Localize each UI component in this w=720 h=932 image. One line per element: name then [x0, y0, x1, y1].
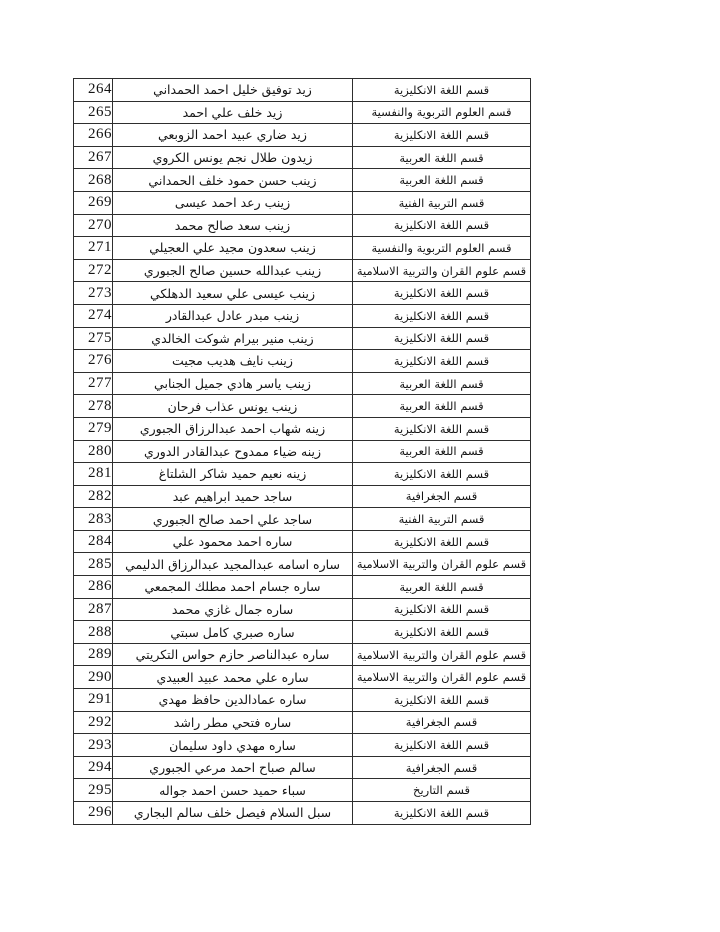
row-number-cell: 269: [74, 191, 113, 214]
student-name-cell: سباء حميد حسن احمد جواله: [113, 779, 353, 802]
student-name-cell: ساره علي محمد عبيد العبيدي: [113, 666, 353, 689]
table-row: 291 ساره عمادالدين حافظ مهدي قسم اللغة ا…: [74, 689, 531, 712]
department-cell: قسم علوم القران والتربية الاسلامية: [353, 553, 531, 576]
department-cell: قسم اللغة العربية: [353, 395, 531, 418]
row-number-cell: 294: [74, 756, 113, 779]
table-row: 269 زينب رعد احمد عيسى قسم التربية الفني…: [74, 191, 531, 214]
table-row: 287 ساره جمال غازي محمد قسم اللغة الانكل…: [74, 598, 531, 621]
student-name-cell: زينب عيسى علي سعيد الدهلكي: [113, 282, 353, 305]
student-name-cell: زينب سعد صالح محمد: [113, 214, 353, 237]
row-number-cell: 268: [74, 169, 113, 192]
row-number-cell: 287: [74, 598, 113, 621]
table-row: 267 زيدون طلال نجم يونس الكروي قسم اللغة…: [74, 146, 531, 169]
row-number-cell: 296: [74, 802, 113, 825]
roster-table-body: 264 زيد توفيق خليل احمد الحمداني قسم الل…: [74, 79, 531, 825]
table-row: 276 زينب نايف هديب مجيت قسم اللغة الانكل…: [74, 350, 531, 373]
department-cell: قسم اللغة الانكليزية: [353, 802, 531, 825]
row-number-cell: 272: [74, 259, 113, 282]
department-cell: قسم اللغة الانكليزية: [353, 327, 531, 350]
student-name-cell: زينب منير بيرام شوكت الخالدي: [113, 327, 353, 350]
row-number-cell: 276: [74, 350, 113, 373]
student-name-cell: زينب مبدر عادل عبدالقادر: [113, 304, 353, 327]
table-row: 273 زينب عيسى علي سعيد الدهلكي قسم اللغة…: [74, 282, 531, 305]
student-name-cell: زينب نايف هديب مجيت: [113, 350, 353, 373]
student-roster-table: 264 زيد توفيق خليل احمد الحمداني قسم الل…: [73, 78, 531, 825]
row-number-cell: 265: [74, 101, 113, 124]
student-name-cell: ساجد علي احمد صالح الجبوري: [113, 508, 353, 531]
table-row: 294 سالم صباح احمد مرعي الجبوري قسم الجغ…: [74, 756, 531, 779]
row-number-cell: 266: [74, 124, 113, 147]
student-name-cell: زيد خلف علي احمد: [113, 101, 353, 124]
table-row: 293 ساره مهدي داود سليمان قسم اللغة الان…: [74, 734, 531, 757]
table-row: 282 ساجد حميد ابراهيم عبد قسم الجغرافية: [74, 485, 531, 508]
table-row: 288 ساره صبري كامل سبتي قسم اللغة الانكل…: [74, 621, 531, 644]
table-row: 266 زيد ضاري عبيد احمد الزوبعي قسم اللغة…: [74, 124, 531, 147]
student-name-cell: ساره عمادالدين حافظ مهدي: [113, 689, 353, 712]
department-cell: قسم التربية الفنية: [353, 191, 531, 214]
row-number-cell: 267: [74, 146, 113, 169]
table-row: 292 ساره فتحي مطر راشد قسم الجغرافية: [74, 711, 531, 734]
table-row: 278 زينب يونس عذاب فرحان قسم اللغة العرب…: [74, 395, 531, 418]
department-cell: قسم اللغة العربية: [353, 576, 531, 599]
department-cell: قسم التربية الفنية: [353, 508, 531, 531]
student-name-cell: ساره مهدي داود سليمان: [113, 734, 353, 757]
student-name-cell: زينب يونس عذاب فرحان: [113, 395, 353, 418]
student-name-cell: ساره صبري كامل سبتي: [113, 621, 353, 644]
department-cell: قسم الجغرافية: [353, 485, 531, 508]
row-number-cell: 275: [74, 327, 113, 350]
department-cell: قسم اللغة الانكليزية: [353, 79, 531, 102]
row-number-cell: 295: [74, 779, 113, 802]
department-cell: قسم اللغة العربية: [353, 372, 531, 395]
table-row: 264 زيد توفيق خليل احمد الحمداني قسم الل…: [74, 79, 531, 102]
row-number-cell: 264: [74, 79, 113, 102]
student-name-cell: زينه ضياء ممدوح عبدالقادر الدوري: [113, 440, 353, 463]
table-row: 274 زينب مبدر عادل عبدالقادر قسم اللغة ا…: [74, 304, 531, 327]
department-cell: قسم الجغرافية: [353, 756, 531, 779]
table-row: 268 زينب حسن حمود خلف الحمداني قسم اللغة…: [74, 169, 531, 192]
department-cell: قسم اللغة الانكليزية: [353, 530, 531, 553]
student-name-cell: ساره اسامه عبدالمجيد عبدالرزاق الدليمي: [113, 553, 353, 576]
row-number-cell: 292: [74, 711, 113, 734]
row-number-cell: 279: [74, 417, 113, 440]
table-row: 270 زينب سعد صالح محمد قسم اللغة الانكلي…: [74, 214, 531, 237]
department-cell: قسم العلوم التربوية والنفسية: [353, 237, 531, 260]
row-number-cell: 282: [74, 485, 113, 508]
row-number-cell: 293: [74, 734, 113, 757]
department-cell: قسم اللغة الانكليزية: [353, 214, 531, 237]
department-cell: قسم اللغة الانكليزية: [353, 304, 531, 327]
department-cell: قسم اللغة الانكليزية: [353, 463, 531, 486]
student-name-cell: زينه شهاب احمد عبدالرزاق الجبوري: [113, 417, 353, 440]
table-row: 271 زينب سعدون مجيد علي العجيلي قسم العل…: [74, 237, 531, 260]
table-row: 296 سبل السلام فيصل خلف سالم البجاري قسم…: [74, 802, 531, 825]
row-number-cell: 270: [74, 214, 113, 237]
table-row: 295 سباء حميد حسن احمد جواله قسم التاريخ: [74, 779, 531, 802]
table-row: 286 ساره جسام احمد مطلك المجمعي قسم اللغ…: [74, 576, 531, 599]
row-number-cell: 278: [74, 395, 113, 418]
row-number-cell: 284: [74, 530, 113, 553]
row-number-cell: 289: [74, 643, 113, 666]
student-name-cell: زينب حسن حمود خلف الحمداني: [113, 169, 353, 192]
table-row: 279 زينه شهاب احمد عبدالرزاق الجبوري قسم…: [74, 417, 531, 440]
student-name-cell: ساره احمد محمود علي: [113, 530, 353, 553]
department-cell: قسم اللغة الانكليزية: [353, 598, 531, 621]
row-number-cell: 288: [74, 621, 113, 644]
row-number-cell: 277: [74, 372, 113, 395]
student-name-cell: زينه نعيم حميد شاكر الشلتاغ: [113, 463, 353, 486]
row-number-cell: 285: [74, 553, 113, 576]
department-cell: قسم اللغة الانكليزية: [353, 282, 531, 305]
student-name-cell: سالم صباح احمد مرعي الجبوري: [113, 756, 353, 779]
table-row: 281 زينه نعيم حميد شاكر الشلتاغ قسم اللغ…: [74, 463, 531, 486]
department-cell: قسم اللغة الانكليزية: [353, 734, 531, 757]
department-cell: قسم علوم القران والتربية الاسلامية: [353, 643, 531, 666]
department-cell: قسم اللغة العربية: [353, 146, 531, 169]
row-number-cell: 286: [74, 576, 113, 599]
student-name-cell: زيدون طلال نجم يونس الكروي: [113, 146, 353, 169]
student-name-cell: سبل السلام فيصل خلف سالم البجاري: [113, 802, 353, 825]
student-name-cell: ساره جسام احمد مطلك المجمعي: [113, 576, 353, 599]
student-name-cell: زينب عبدالله حسين صالح الجبوري: [113, 259, 353, 282]
table-row: 275 زينب منير بيرام شوكت الخالدي قسم الل…: [74, 327, 531, 350]
student-name-cell: زينب سعدون مجيد علي العجيلي: [113, 237, 353, 260]
student-name-cell: زيد ضاري عبيد احمد الزوبعي: [113, 124, 353, 147]
table-row: 272 زينب عبدالله حسين صالح الجبوري قسم ع…: [74, 259, 531, 282]
department-cell: قسم اللغة الانكليزية: [353, 350, 531, 373]
student-name-cell: ساره عبدالناصر حازم حواس التكريتي: [113, 643, 353, 666]
row-number-cell: 280: [74, 440, 113, 463]
department-cell: قسم علوم القران والتربية الاسلامية: [353, 666, 531, 689]
row-number-cell: 290: [74, 666, 113, 689]
table-row: 289 ساره عبدالناصر حازم حواس التكريتي قس…: [74, 643, 531, 666]
student-name-cell: ساره فتحي مطر راشد: [113, 711, 353, 734]
student-name-cell: زينب ياسر هادي جميل الجنابي: [113, 372, 353, 395]
department-cell: قسم اللغة الانكليزية: [353, 689, 531, 712]
row-number-cell: 281: [74, 463, 113, 486]
department-cell: قسم الجغرافية: [353, 711, 531, 734]
student-name-cell: ساجد حميد ابراهيم عبد: [113, 485, 353, 508]
department-cell: قسم اللغة الانكليزية: [353, 621, 531, 644]
department-cell: قسم اللغة الانكليزية: [353, 417, 531, 440]
student-name-cell: زيد توفيق خليل احمد الحمداني: [113, 79, 353, 102]
department-cell: قسم التاريخ: [353, 779, 531, 802]
department-cell: قسم اللغة العربية: [353, 440, 531, 463]
department-cell: قسم اللغة العربية: [353, 169, 531, 192]
department-cell: قسم اللغة الانكليزية: [353, 124, 531, 147]
table-row: 285 ساره اسامه عبدالمجيد عبدالرزاق الدلي…: [74, 553, 531, 576]
row-number-cell: 291: [74, 689, 113, 712]
student-name-cell: ساره جمال غازي محمد: [113, 598, 353, 621]
table-row: 277 زينب ياسر هادي جميل الجنابي قسم اللغ…: [74, 372, 531, 395]
table-row: 284 ساره احمد محمود علي قسم اللغة الانكل…: [74, 530, 531, 553]
table-row: 265 زيد خلف علي احمد قسم العلوم التربوية…: [74, 101, 531, 124]
department-cell: قسم علوم القران والتربية الاسلامية: [353, 259, 531, 282]
student-name-cell: زينب رعد احمد عيسى: [113, 191, 353, 214]
table-row: 280 زينه ضياء ممدوح عبدالقادر الدوري قسم…: [74, 440, 531, 463]
table-row: 290 ساره علي محمد عبيد العبيدي قسم علوم …: [74, 666, 531, 689]
row-number-cell: 274: [74, 304, 113, 327]
table-row: 283 ساجد علي احمد صالح الجبوري قسم الترب…: [74, 508, 531, 531]
row-number-cell: 283: [74, 508, 113, 531]
row-number-cell: 271: [74, 237, 113, 260]
row-number-cell: 273: [74, 282, 113, 305]
document-page: 264 زيد توفيق خليل احمد الحمداني قسم الل…: [0, 0, 720, 932]
department-cell: قسم العلوم التربوية والنفسية: [353, 101, 531, 124]
